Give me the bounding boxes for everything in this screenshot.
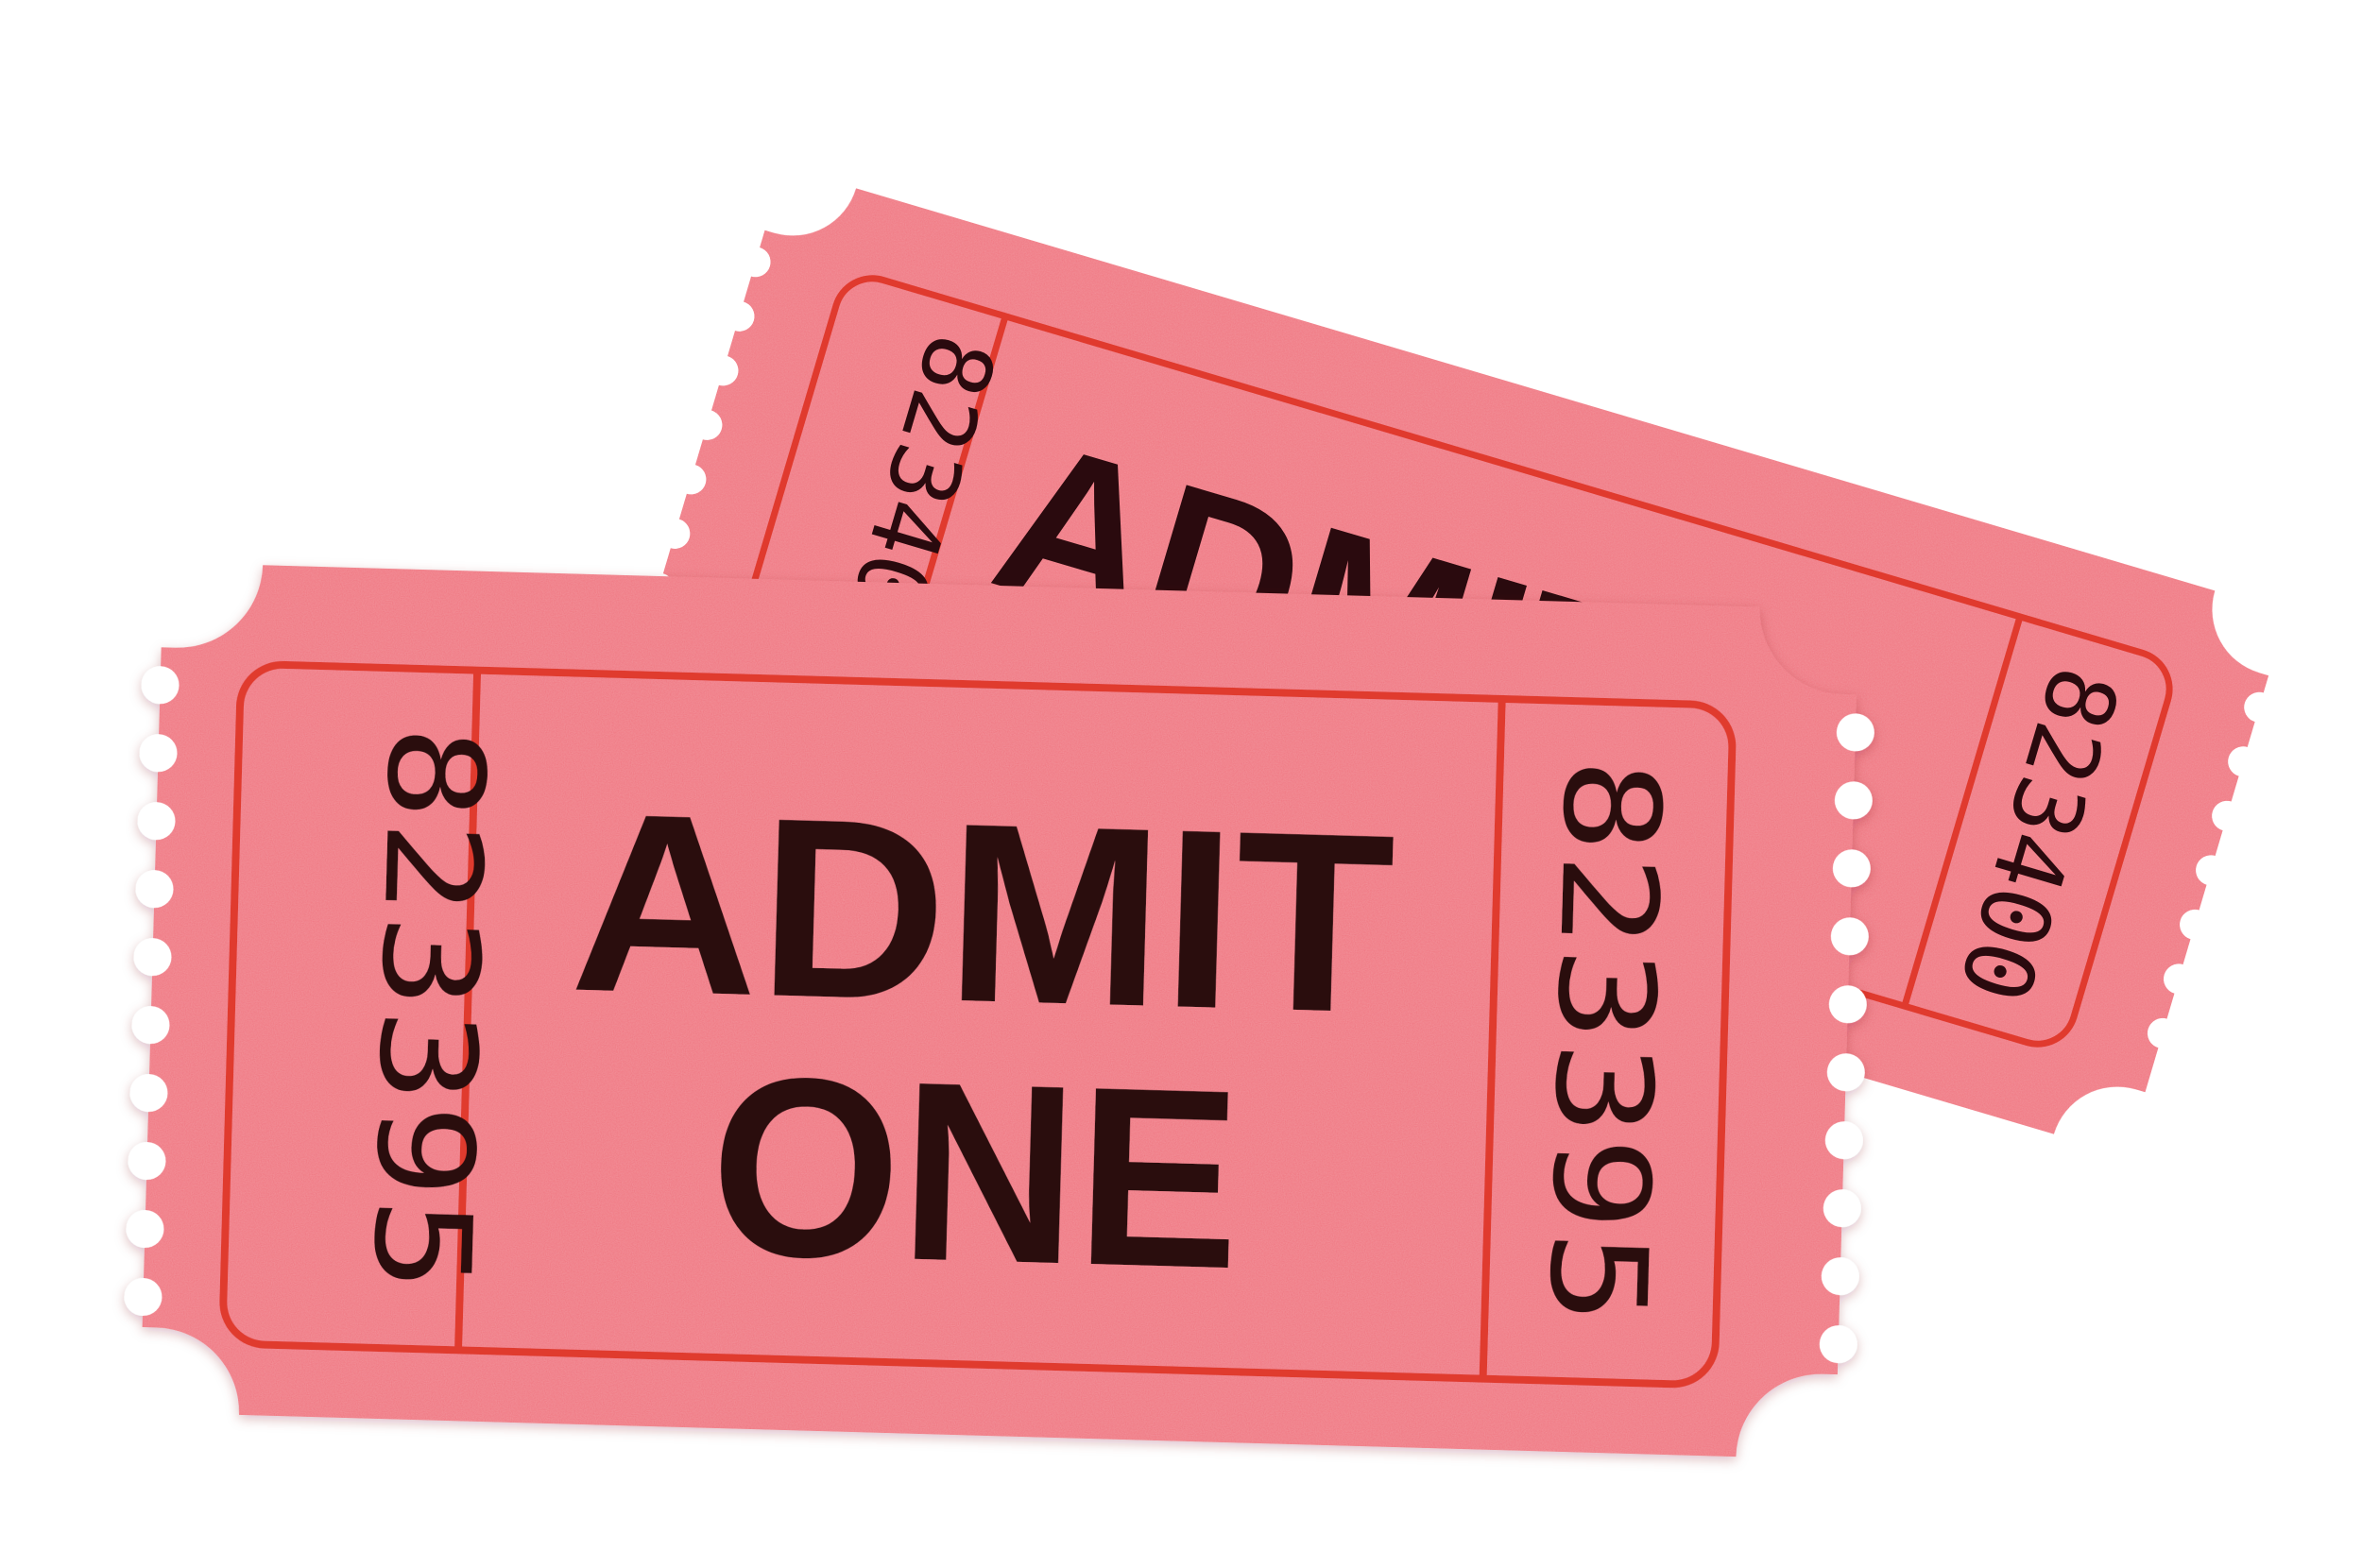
front-ticket: 823395 ADMIT ONE 823395 [142,567,1871,1492]
front-ticket-main-text-line1: ADMIT [568,760,1397,1067]
front-ticket-right-stub-number: 823395 [1518,757,1688,1327]
front-ticket-main-text-line2: ONE [707,1024,1243,1323]
front-ticket-graphic: 823395 ADMIT ONE 823395 [142,567,1871,1492]
front-ticket-left-stub-number: 823395 [343,724,513,1294]
